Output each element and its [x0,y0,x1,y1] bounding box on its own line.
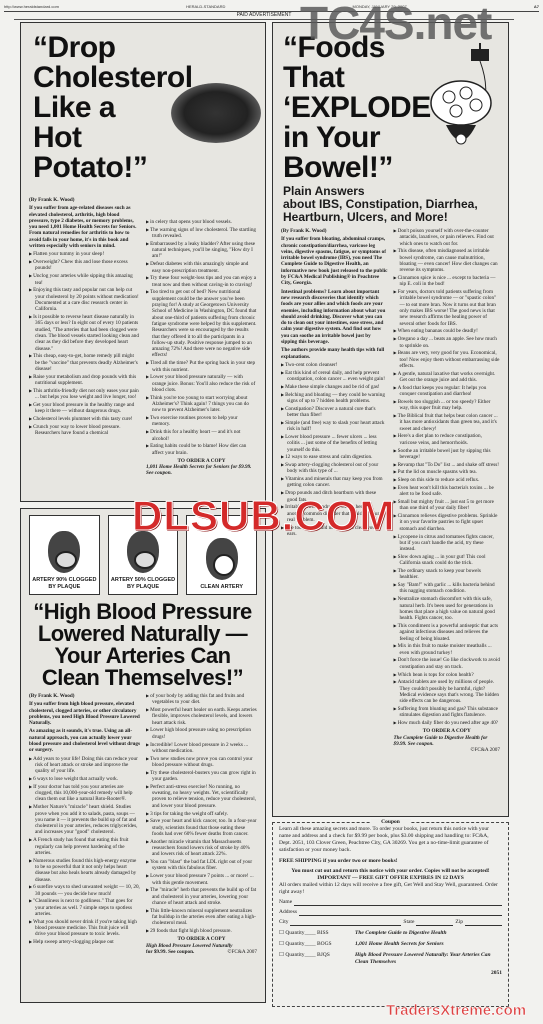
list-item: Too tired to get out of bed? New nutriti… [146,289,257,358]
item-code: BJQS [317,952,330,958]
address-field[interactable]: Address [279,909,502,916]
list-item: Help sweep artery-clogging plaque out [29,939,140,945]
quantity-label: Quantity [285,952,304,958]
list-item: Embarrassed by a leaky bladder? After us… [146,241,257,260]
cholesterol-col-1: (By Frank K. Wood) If you suffer from ag… [29,197,140,477]
list-item: Here's a diet plan to reduce constipatio… [394,433,501,446]
list-item: Mix in this fruit to make moister meatba… [394,643,501,656]
list-item: Cinnamon relieves digestive problems. Sp… [394,513,501,532]
list-item: For years, doctors told patients sufferi… [394,289,501,327]
byline: (By Frank K. Wood) [281,228,388,234]
zip-label: Zip [455,919,463,926]
list-item: You can "blast" the bad fat LDL right ou… [146,859,257,872]
order-item-row: ☐ Quantity____ BJQS High Blood Pressure … [279,952,502,966]
list-item: What you should never drink if you're ta… [29,919,140,938]
list-item: If your doctor has told you your arterie… [29,784,140,803]
item-title: High Blood Pressure Lowered Naturally: Y… [355,952,502,966]
blood-pressure-col-1: (By Frank K. Wood) If you suffer from hi… [29,693,140,955]
address-label: Address [279,909,297,916]
list-item: Unclog your arteries while sipping this … [29,273,140,286]
list-item: Overweight? Chew this and lose those exc… [29,259,140,272]
list-item: Don't force the issue! Go like clockwork… [394,657,501,670]
gift-offer: All orders mailed within 12 days will re… [279,882,502,896]
blood-pressure-headline: “High Blood Pressure Lowered Naturally —… [21,595,256,689]
item-code: BISS [317,930,329,936]
masthead-url[interactable]: http://www.heraldstandard.com [4,4,59,9]
order-text: for $9.99. See coupon. [146,949,194,955]
list-item: Try these four weight-loss tips and you … [146,275,257,288]
list-item: 29 foods that fight high blood pressure. [146,928,257,934]
list-item: The warning signs of low cholesterol. Th… [146,227,257,240]
list-item: Lycopene in citrus and tomatoes fights c… [394,534,501,553]
checkbox[interactable]: ☐ [279,941,284,947]
list-item: Save your heart and kick cancer, too. In… [146,818,257,837]
coupon-intro: Learn all these amazing secrets and more… [279,826,502,854]
list-item: This cheap, easy-to-get, home remedy pil… [29,353,140,372]
list-item: Neutralize stomach discomfort with this … [394,596,501,621]
list-item: Swap artery-clogging cholesterol out of … [281,462,388,475]
cholesterol-col-2: in celery that opens your blood vessels.… [146,197,257,477]
list-item: Say "Bam!" with garlic ... kills bacteri… [394,582,501,595]
list-item: Incredible! Lower blood pressure in 2 we… [146,742,257,755]
list-item: A food that keeps you regular: It helps … [394,385,501,398]
lead-paragraph-2: As amazing as it sounds, it's true. Usin… [29,728,140,753]
list-item: Suffering from bloating and gas? This su… [394,706,501,719]
gift-expiry-note: IMPORTANT — FREE GIFT OFFER EXPIRES IN 1… [279,875,502,882]
copyright: ©FC&A 2007 [228,949,257,955]
list-item: Get your blood pressure in the healthy r… [29,402,140,415]
must-cut-note: You must cut out and return this notice … [279,868,502,875]
list-item: Don't poison yourself with over-the-coun… [394,228,501,247]
list-item: Belching and bloating — they could be wa… [281,392,388,405]
bowel-col-1: (By Frank K. Wood) If you suffer from bl… [281,228,388,754]
list-item: Oregano a day ... beats an apple. See ho… [394,336,501,349]
list-item: Raise your metabolism and drop pounds wi… [29,374,140,387]
list-item: Numerous studies found this high-energy … [29,858,140,883]
list-item: Enjoying this tasty and popular nut can … [29,287,140,312]
city-input[interactable] [290,919,401,926]
list-item: Even heat won't kill this bacteria's tox… [394,485,501,498]
list-item: Soothe an irritable bowel just by sippin… [394,448,501,461]
list-item: Slow down aging ... in your gut! This co… [394,554,501,567]
list-item: of your body by adding this fat and frui… [146,693,257,706]
list-item: Cholesterol levels plummet with this tas… [29,416,140,422]
artery-icon [206,538,238,580]
lead-paragraph-3: The authors provide many health tips wit… [281,347,388,360]
list-item: Sleep on this side to reduce acid reflux… [394,477,501,483]
order-text: 1,001 Home Health Secrets for Seniors fo… [146,464,257,477]
item-title: 1,001 Home Health Secrets for Seniors [355,941,502,948]
list-item: Which bean is tops for colon health? [394,672,501,678]
byline: (By Frank K. Wood) [29,197,140,203]
bowel-ad: “Foods That ‘EXPLODE’ in Your Bowel!” Pl… [272,22,509,817]
list-item: This little-known mineral supplement neu… [146,908,257,927]
state-input[interactable] [416,919,453,926]
list-item: Flatten your tummy in your sleep! [29,251,140,257]
item-title: The Complete Guide to Digestive Health [355,930,502,937]
masthead-paper: HERALD-STANDARD [186,4,225,9]
list-item: Crunch your way to lower blood pressure.… [29,424,140,437]
list-item: Is it possible to reverse heart disease … [29,314,140,352]
hot-potato-image [171,83,261,143]
list-item: Revamp that "To Do" list ... and shake o… [394,462,501,468]
list-item: 6 surefire ways to shed unwanted weight … [29,884,140,897]
checkbox[interactable]: ☐ [279,952,284,958]
list-item: Vitamins and minerals that may keep you … [281,476,388,489]
cholesterol-ad: “Drop Cholesterol Like a Hot Potato!” (B… [20,22,266,502]
list-item: A French study has found that eating thi… [29,837,140,856]
masthead-page: A7 [534,4,539,9]
list-item: Perfect anti-stress exercise! No running… [146,784,257,809]
address-input[interactable] [299,909,502,916]
list-item: 12 ways to ease stress and calm digestio… [281,454,388,460]
coupon-title: Coupon [371,819,411,826]
list-item: Beans are very, very good for you. Econo… [394,350,501,369]
list-item: This arthritis-friendly diet not only ea… [29,388,140,401]
copyright: ©FC&A 2007 [394,747,501,753]
list-item: Tired all the time? Put the spring back … [146,360,257,373]
cartoon-cauliflower-icon [421,41,509,161]
list-item: 3 tips for taking the weight off safely. [146,811,257,817]
list-item: Two new studies now prove you can contro… [146,756,257,769]
lead-paragraph: If you suffer from high blood pressure, … [29,701,140,726]
bowel-subheadline-1: Plain Answers [273,183,508,198]
order-coupon: Coupon Learn all these amazing secrets a… [272,822,509,1007]
list-item: Another miracle vitamin that Massachuset… [146,839,257,858]
list-item: The "miracle" herb that prevents the bui… [146,887,257,906]
list-item: Constipation? Discover a natural cure th… [281,406,388,419]
zip-input[interactable] [465,919,502,926]
quantity-label: Quantity [285,930,304,936]
order-item-row: ☐ Quantity____ BISS The Complete Guide t… [279,930,502,937]
list-item: How much daily fiber do you need after a… [394,720,501,726]
list-item: Lower high blood pressure using no presc… [146,727,257,740]
list-item: Small but mighty fruit ... just eat 5 to… [394,499,501,512]
city-label: City [279,919,288,926]
dept-code: 2051 [279,970,502,977]
list-item: Mother Nature's "miracle" heart shield. … [29,804,140,835]
bowel-col-2: Don't poison yourself with over-the-coun… [394,228,501,754]
name-input[interactable] [294,899,502,906]
list-item: Simple (and free) way to slash your hear… [281,420,388,433]
free-shipping-note: FREE SHIPPING if you order two or more b… [279,858,502,865]
bowel-subheadline-2: about IBS, Constipation, Diarrhea, Heart… [273,198,508,224]
byline: (By Frank K. Wood) [29,693,140,699]
list-item: This condiment is a powerful antiseptic … [394,623,501,642]
artery-label: CLEAN ARTERY [200,584,243,591]
city-state-zip-field[interactable]: City State Zip [279,919,502,926]
list-item: Eating habits could be to blame! How die… [146,443,257,456]
quantity-label: Quantity [285,941,304,947]
lead-paragraph: If you suffer from bloating, abdominal c… [281,236,388,286]
name-label: Name [279,899,292,906]
lead-paragraph-2: Intestinal problems? Learn about importa… [281,289,388,346]
list-item: This disease, often misdiagnosed as irri… [394,248,501,273]
list-item: Make these simple changes and be rid of … [281,384,388,390]
list-item: Eat this kind of cereal daily, and help … [281,370,388,383]
list-item: Two-cent colon cleanser! [281,362,388,368]
list-item: When eating bananas could be deadly! [394,328,501,334]
order-item-row: ☐ Quantity____ BOGS 1,001 Home Health Se… [279,941,502,948]
watermark-top: TC4S.net [300,0,491,46]
list-item: Lower your blood pressure naturally — wi… [146,374,257,393]
list-item: in celery that opens your blood vessels. [146,219,257,225]
list-item: Drink this for a healthy heart — and it'… [146,429,257,442]
watermark-middle: DLSUB.COM [132,492,395,540]
name-field[interactable]: Name [279,899,502,906]
list-item: Think you're too young to start worrying… [146,395,257,414]
artery-label: ARTERY 50% CLOGGED BY PLAQUE [109,577,178,590]
list-item: Cinnamon spice is nice ... except to bac… [394,275,501,288]
artery-90-illustration: ARTERY 90% CLOGGED BY PLAQUE [29,515,100,595]
list-item: Lower blood pressure ... fewer ulcers ..… [281,434,388,453]
artery-label: ARTERY 90% CLOGGED BY PLAQUE [30,577,99,590]
order-text: The Complete Guide to Digestive Health f… [394,735,501,748]
list-item: 6 ways to lose weight that actually work… [29,776,140,782]
list-item: Add years to your life! Doing this can r… [29,756,140,775]
list-item: Try these cholesterol-busters you can gr… [146,770,257,783]
list-item: The ordinary snack to keep your bowels h… [394,568,501,581]
watermark-bottom: TradersXtreme.com [386,1002,526,1019]
list-item: The Biblical fruit that helps beat colon… [394,413,501,432]
list-item: A gentle, natural laxative that works ov… [394,371,501,384]
item-code: BOGS [317,941,332,947]
cholesterol-headline: “Drop Cholesterol Like a Hot Potato!” [21,23,171,183]
blood-pressure-col-2: of your body by adding this fat and frui… [146,693,257,955]
lead-paragraph: If you suffer from age-related diseases … [29,205,140,249]
checkbox[interactable]: ☐ [279,930,284,936]
list-item: Put the lid on muscle spasms with tea. [394,469,501,475]
list-item: "Cleanliness is next to godliness." That… [29,898,140,917]
state-label: State [403,919,414,926]
blood-pressure-ad: ARTERY 90% CLOGGED BY PLAQUE ARTERY 50% … [20,508,266,1003]
list-item: Most powerful heart healer on earth. Kee… [146,707,257,726]
list-item: Bowels too sluggish ... or too speedy? E… [394,399,501,412]
list-item: Antacid tablets are used by millions of … [394,679,501,704]
list-item: Defeat diabetes with this amazingly simp… [146,261,257,274]
artery-icon [48,531,80,573]
list-item: Two exercise routines proven to help you… [146,415,257,428]
list-item: Lower your blood pressure 7 points ... o… [146,873,257,886]
